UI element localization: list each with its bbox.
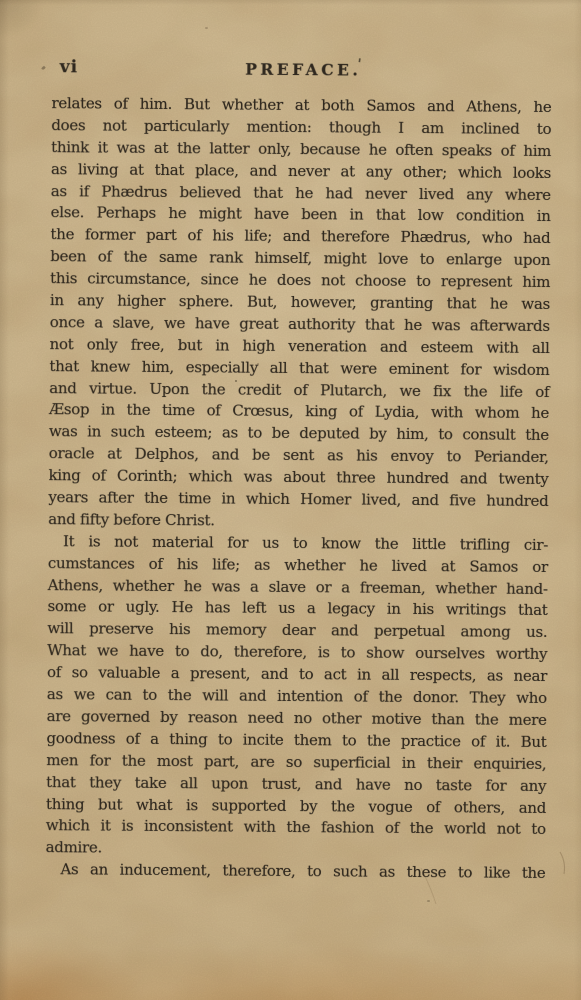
text-line: which it is inconsistent with the fashio… (46, 815, 546, 841)
page-header: vi PREFACE. ' (4, 56, 581, 87)
ink-speck (235, 380, 237, 382)
ink-speck (160, 719, 162, 721)
book-page: vi PREFACE. ' relates of him. But whethe… (0, 0, 581, 1000)
text-block: relates of him. But whether at both Samo… (45, 93, 551, 885)
page-title: PREFACE. (245, 60, 361, 80)
paragraph: It is not material for us to know the li… (46, 531, 549, 863)
scanned-page-content: vi PREFACE. ' relates of him. But whethe… (0, 0, 581, 1000)
page-number: vi (60, 57, 79, 77)
ink-speck (257, 363, 259, 365)
ink-speck (205, 27, 208, 29)
text-line: that they take all upon trust, and have … (46, 772, 546, 798)
ink-speck (427, 900, 430, 902)
paragraph: relates of him. But whether at both Samo… (48, 93, 551, 535)
text-line: As an inducement, therefore, to such as … (45, 859, 545, 885)
ink-speck (118, 299, 120, 301)
ink-speck (512, 584, 514, 586)
paragraph: As an inducement, therefore, to such as … (45, 859, 545, 885)
